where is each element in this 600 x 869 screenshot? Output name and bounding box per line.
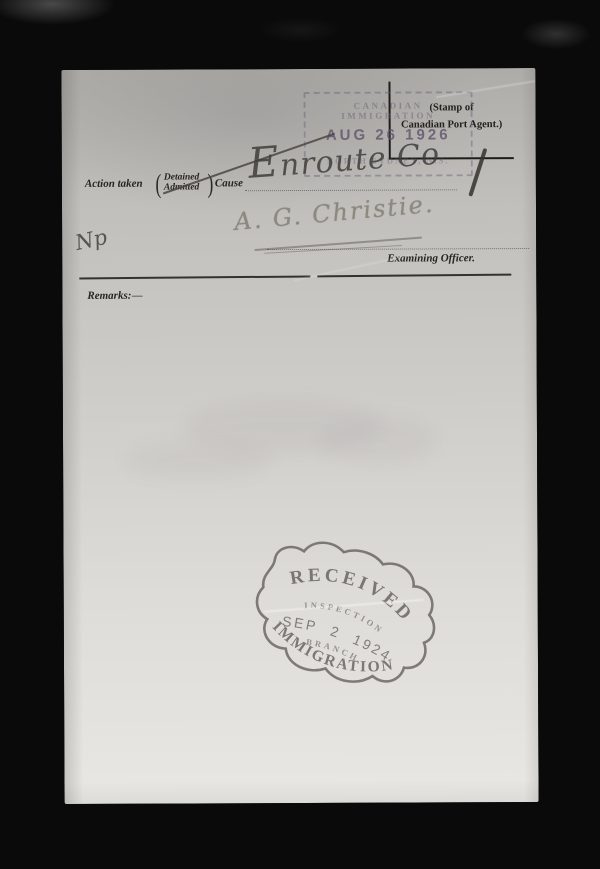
examining-officer-signature: A. G. Christie. bbox=[233, 190, 435, 236]
bleedthrough-smudge-2 bbox=[123, 441, 273, 480]
paper-crease-mid bbox=[293, 254, 411, 281]
document-paper: (Stamp of Canadian Port Agent.) CANADIAN… bbox=[61, 68, 538, 804]
clerk-initials-mark: Np bbox=[73, 225, 109, 255]
remarks-row: Remarks:---- bbox=[87, 290, 142, 302]
cause-handwritten-entry: Enroute Co bbox=[246, 125, 441, 188]
action-taken-label: Action taken bbox=[85, 178, 143, 190]
brace-close-glyph: ) bbox=[207, 168, 213, 199]
section-rule-right bbox=[317, 274, 511, 278]
signature-dotted-line bbox=[267, 248, 529, 250]
shield-stamp-graphic: RECEIVED INSPECTION SEP 2 1924 BRANCH IM… bbox=[232, 518, 457, 712]
remarks-dashes: ---- bbox=[131, 290, 142, 302]
cause-label: Cause bbox=[215, 177, 243, 189]
paper-crease-top bbox=[436, 80, 535, 98]
examining-officer-label: Examining Officer. bbox=[387, 252, 475, 264]
brace-open-glyph: ( bbox=[155, 169, 161, 200]
remarks-label: Remarks: bbox=[87, 290, 131, 302]
section-rule-left bbox=[79, 275, 310, 279]
bleedthrough-smudge-3 bbox=[318, 416, 438, 465]
scanned-page-background: (Stamp of Canadian Port Agent.) CANADIAN… bbox=[0, 0, 600, 869]
port-stamp-title: CANADIAN IMMIGRATION bbox=[306, 100, 471, 121]
received-immigration-stamp: RECEIVED INSPECTION SEP 2 1924 BRANCH IM… bbox=[232, 518, 457, 712]
